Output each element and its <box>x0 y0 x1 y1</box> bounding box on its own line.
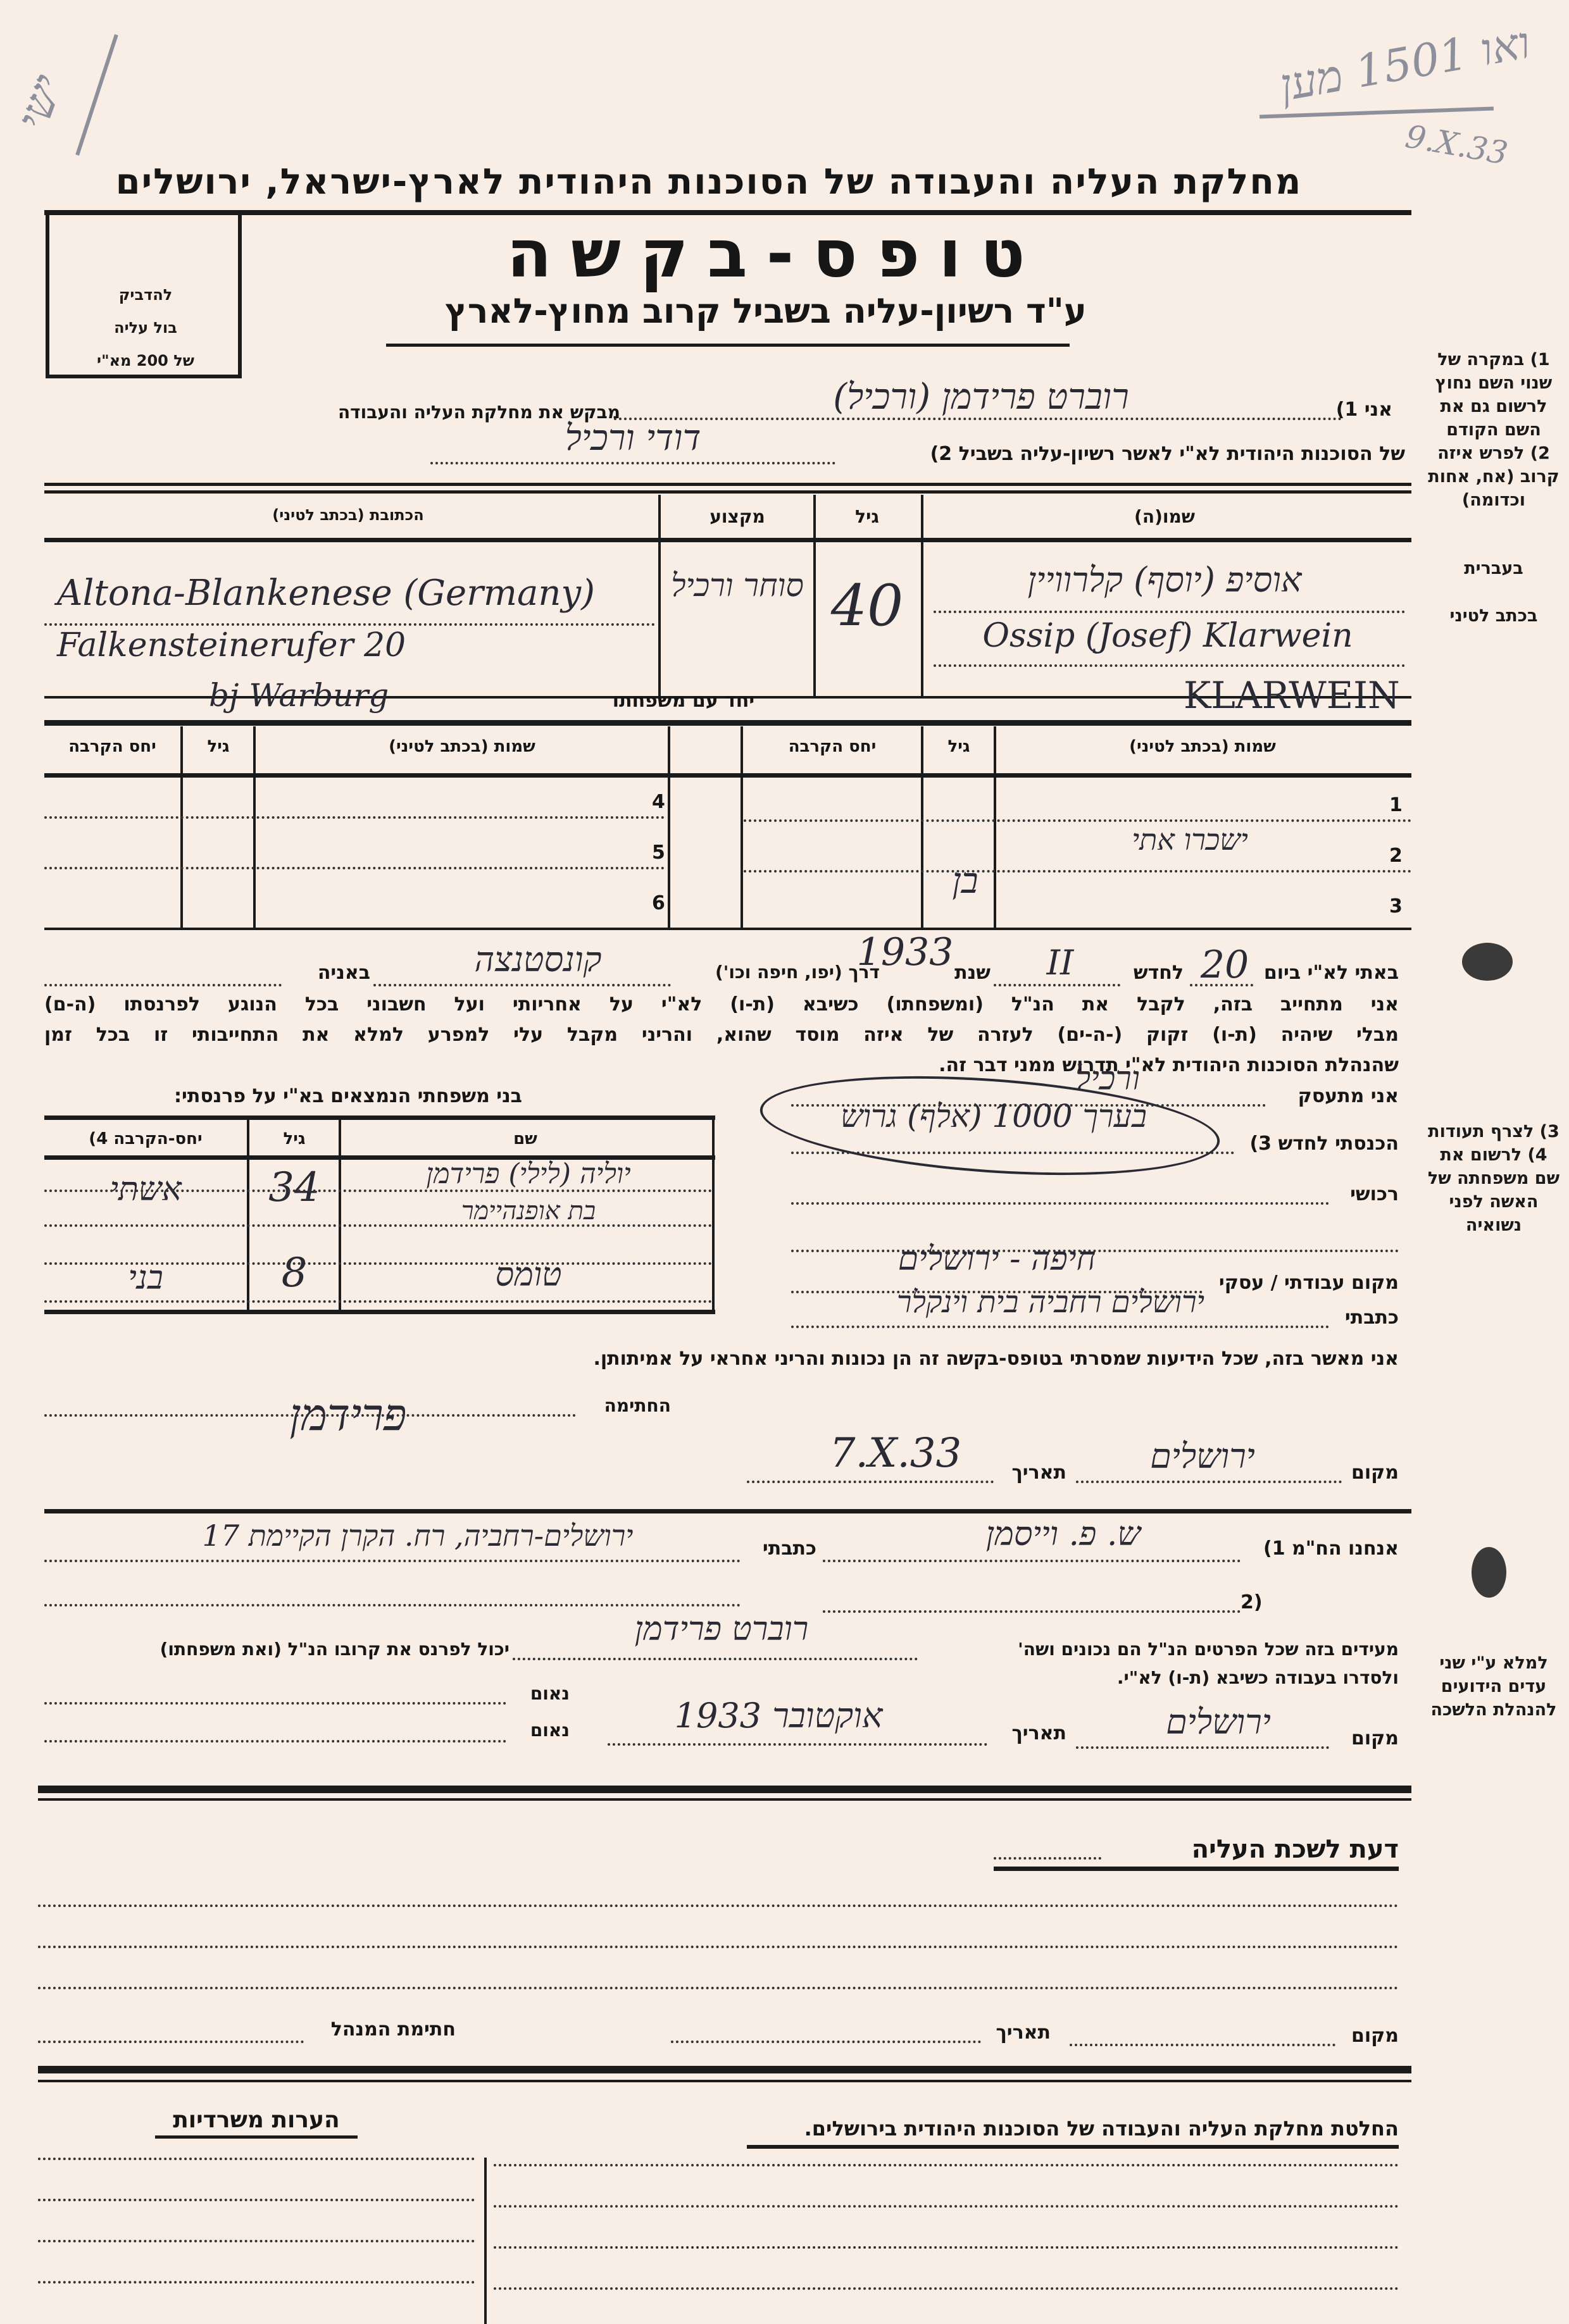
applicant-name-value: רוברט פרידמן (ורכיל) <box>665 376 1297 418</box>
witness-date: אוקטובר 1933 <box>608 1696 949 1736</box>
family-row-num: 4 <box>652 791 665 813</box>
label-neum-2: נאום <box>513 1720 570 1741</box>
table-col-divider <box>921 495 923 697</box>
office-label-signature: חתימת המנהל <box>304 2018 456 2041</box>
label-witnesses: אנחנו הח"מ 1) <box>1247 1538 1399 1560</box>
witness-statement-a: מעידים בזה שכל הפרטים הנ"ל הם נכונים ושה… <box>918 1639 1399 1660</box>
remarks-title: הערות משרדיות <box>152 2107 361 2133</box>
arrival-via: קונסטנצה <box>443 940 633 979</box>
label-neum-1: נאום <box>513 1683 570 1704</box>
relative-name-latin: Ossip (Josef) Klarwein <box>934 617 1402 655</box>
label-of-agency: של הסוכנות היהודית לא"י לאשר רשיון-עליה … <box>835 443 1405 465</box>
relative-name-hebrew: אוסיפ (יוסף) קלרוויין <box>930 560 1399 600</box>
family-table-bottom-rule <box>44 928 1411 930</box>
decision-line[interactable] <box>494 2287 1399 2290</box>
local-header-age: גיל <box>250 1129 339 1148</box>
label-occupation: אני מתעסק <box>1266 1085 1399 1107</box>
label-signature: החתימה <box>582 1395 671 1416</box>
family-header-age-right: גיל <box>924 737 994 756</box>
label-witness-date: תאריך <box>997 1722 1066 1744</box>
relative-address-2: Falkensteinerufer 20 <box>57 626 652 664</box>
witness-1-name: ש. פ. וייסמן <box>918 1515 1209 1553</box>
decision-divider <box>484 2158 487 2324</box>
relation-field[interactable] <box>430 462 835 464</box>
place-field[interactable] <box>1076 1481 1342 1483</box>
office-label-date: תאריך <box>981 2022 1051 2044</box>
margin-label-hebrew: בעברית <box>1424 557 1563 580</box>
commitment-line-3: שהנהלת הסוכנות היהודית לא"י תדרוש ממני ד… <box>570 1054 1399 1076</box>
local-row-2-relation: בני <box>51 1259 241 1297</box>
family-row-field[interactable] <box>44 816 665 819</box>
table-header-rule <box>44 538 1411 542</box>
remarks-line[interactable] <box>38 2158 475 2160</box>
relative-age: 40 <box>816 573 918 639</box>
margin-note-1: 1) במקרה שלשנוי השם נחוץלרשום גם אתהשם ה… <box>1424 348 1563 512</box>
label-place: מקום <box>1335 1462 1399 1484</box>
pencil-note-date: 9.X.33 <box>1403 118 1510 171</box>
office-line[interactable] <box>38 1987 1399 1989</box>
double-rule-bottom <box>44 490 1411 494</box>
punch-hole <box>1462 943 1513 981</box>
office-title-field[interactable] <box>994 1857 1101 1860</box>
family-col <box>253 726 256 929</box>
address-value: ירושלים רחביה בית וינקלר <box>772 1284 1329 1320</box>
witness-place-field[interactable] <box>1076 1746 1329 1749</box>
property-field[interactable] <box>791 1202 1329 1205</box>
decision-title-rule <box>747 2145 1399 2149</box>
relation-value: דודי ורכיל <box>443 418 823 459</box>
family-header-names-left: שמות (בכתב לטיני) <box>256 737 668 756</box>
local-family-title: בני משפחתי הנמצאים בא"י על פרנסתי: <box>95 1085 601 1107</box>
decision-line[interactable] <box>494 2164 1399 2166</box>
commitment-line-2: מבלי שיהיה (ת-ו) זקוק (-ה-ים) לעזרה של א… <box>44 1024 1399 1046</box>
arrival-via-field[interactable] <box>373 984 671 986</box>
family-row-num: 1 <box>1389 794 1403 816</box>
office-title: דעת לשכת העליה <box>1101 1835 1399 1864</box>
label-witness-address: כתבתי <box>747 1538 816 1560</box>
family-row-field[interactable] <box>44 867 665 869</box>
relative-address-field-1[interactable] <box>44 623 655 626</box>
local-family-col <box>247 1120 249 1310</box>
witness-statement-b: יכול לפרנס את קרובו הנ"ל (ואת משפחתו) <box>44 1639 509 1660</box>
family-col <box>668 726 670 929</box>
witness-date-field[interactable] <box>608 1743 987 1746</box>
relative-name-latin-field[interactable] <box>934 664 1405 667</box>
neum-1-field[interactable] <box>44 1702 506 1705</box>
header-rule <box>44 210 1411 215</box>
address-field[interactable] <box>791 1326 1329 1328</box>
witness-place: ירושלים <box>1108 1702 1329 1742</box>
office-date-field[interactable] <box>671 2041 981 2043</box>
pencil-note-top-right: ואו 1501 מען <box>1276 16 1534 112</box>
col-header-age: גיל <box>816 506 918 527</box>
family-header-rule <box>44 773 1411 778</box>
remarks-line[interactable] <box>38 2199 475 2201</box>
family-row-2-relation: בן <box>918 861 1013 902</box>
label-witness-place: מקום <box>1329 1727 1399 1749</box>
arrival-month-field[interactable] <box>994 984 1120 986</box>
arrival-month: II <box>1013 943 1108 983</box>
relative-address-1: Altona-Blankenese (Germany) <box>57 573 652 614</box>
family-table-top-rule <box>44 720 1411 726</box>
witness-statement-c: ולסדרו בעבודה כשיבא (ת-ו) לא"י. <box>949 1667 1399 1688</box>
label-came: באתי לא"י ביום <box>1260 962 1399 984</box>
col-header-address: הכתובת (בכתב לטיני) <box>44 506 652 524</box>
remarks-line[interactable] <box>38 2240 475 2242</box>
witness-1-field[interactable] <box>823 1560 1241 1562</box>
office-line[interactable] <box>38 1946 1399 1948</box>
family-row-num: 3 <box>1389 895 1403 917</box>
label-month: לחדש <box>1120 962 1184 984</box>
decision-line[interactable] <box>494 2205 1399 2208</box>
relative-address-3: bj Warburg <box>209 677 525 714</box>
office-title-rule <box>994 1867 1399 1871</box>
office-rule-thick <box>38 2066 1411 2073</box>
margin-label-latin: בכתב לטיני <box>1424 604 1563 628</box>
commitment-line-1: אני מתחייב בזה, לקבל את הנ"ל (ומשפחתו) כ… <box>44 993 1399 1016</box>
family-header-relation-left: יחס הקרבה <box>44 737 180 756</box>
ship-field[interactable] <box>44 984 282 986</box>
witness-2-address-field[interactable] <box>44 1604 741 1606</box>
family-header-relation-right: יחס הקרבה <box>744 737 921 756</box>
label-witness-2: 2) <box>1241 1591 1278 1613</box>
local-family-col <box>712 1120 715 1310</box>
label-date: תאריך <box>997 1462 1066 1484</box>
remarks-line[interactable] <box>38 2281 475 2284</box>
date-field[interactable] <box>747 1481 994 1483</box>
double-rule-top <box>44 483 1411 486</box>
col-header-occupation: מקצוע <box>661 506 813 527</box>
label-income: הכנסתי לחדש 3) <box>1234 1133 1399 1155</box>
pencil-slash <box>75 34 118 156</box>
margin-note-3-4: 3) לצרף תעודות 4) לרשום אתשם משפחתה שלהא… <box>1424 1120 1563 1237</box>
together-with-family: יחד עם משפחתו <box>525 690 842 712</box>
family-row-field[interactable] <box>744 819 1411 822</box>
named-person: רוברט פרידמן <box>544 1610 899 1648</box>
subtitle-rule <box>386 344 1070 347</box>
arrival-day: 20 <box>1190 943 1260 987</box>
witness-rule-thin <box>38 1798 1411 1801</box>
office-label-place: מקום <box>1335 2025 1399 2047</box>
family-header-age-left: גיל <box>184 737 253 756</box>
stamp-box-text: להדביק בול עליה של 200 מא"י <box>51 278 241 377</box>
family-col <box>741 726 743 929</box>
punch-hole <box>1472 1547 1506 1598</box>
named-person-field[interactable] <box>513 1658 918 1660</box>
family-row-num: 6 <box>652 892 665 914</box>
local-row-1-name: יוליה (לילי) פרידמן <box>348 1158 709 1190</box>
label-address: כתבתי <box>1329 1307 1399 1329</box>
decision-line[interactable] <box>494 2246 1399 2249</box>
office-signature-field[interactable] <box>38 2041 304 2043</box>
local-family-top-rule <box>44 1115 715 1120</box>
label-ship: באניה <box>285 962 370 984</box>
workplace-value: חיפה - ירושלים <box>791 1240 1203 1278</box>
family-row-2-name: ישכרו אתי <box>1038 823 1342 857</box>
decision-title: החלטת מחלקת העליה והעבודה של הסוכנות היה… <box>747 2116 1399 2141</box>
table-col-divider <box>813 495 816 697</box>
col-header-name: שמו(ה) <box>930 506 1399 527</box>
place-value: ירושלים <box>1076 1436 1329 1476</box>
local-row-1-age: 34 <box>250 1164 339 1211</box>
form-subtitle: ע"ד רשיון-עליה בשביל קרוב מחוץ-לארץ <box>354 291 1177 331</box>
office-line[interactable] <box>38 1905 1399 1907</box>
local-header-relation: יחס-הקרבה 4) <box>44 1129 247 1148</box>
local-row-field[interactable] <box>44 1190 712 1192</box>
witness-rule-thick <box>38 1786 1411 1793</box>
label-property: רכושי <box>1329 1183 1399 1205</box>
local-row-1-name2: בת אופנהיימר <box>348 1196 709 1226</box>
family-col <box>180 726 183 929</box>
local-family-col <box>339 1120 341 1310</box>
witness-margin-note: למלא ע"י שניעדים הידועיםלהנהלת הלשכה <box>1424 1651 1563 1722</box>
department-header: מחלקת העליה והעבודה של הסוכנות היהודית ל… <box>38 161 1380 202</box>
remarks-title-rule <box>155 2135 358 2139</box>
relative-name-hebrew-field[interactable] <box>934 611 1405 613</box>
local-header-name: שם <box>342 1129 709 1148</box>
declaration-text: אני מאשר בזה, שכל הידיעות שמסרתי בטופס-ב… <box>437 1348 1399 1370</box>
signature-value: פרידמן <box>190 1389 506 1441</box>
office-rule-thin <box>38 2080 1411 2082</box>
declaration-rule <box>44 1509 1411 1513</box>
family-header-names-right: שמות (בכתב לטיני) <box>997 737 1408 756</box>
neum-2-field[interactable] <box>44 1740 506 1743</box>
date-value: 7.X.33 <box>791 1430 1000 1477</box>
family-row-field[interactable] <box>744 870 1411 873</box>
form-title: טופס-בקשה <box>443 215 1108 292</box>
family-row-num: 2 <box>1389 845 1403 867</box>
pencil-note-top-left: ישי <box>6 68 74 137</box>
family-row-num: 5 <box>652 842 665 864</box>
table-col-divider <box>658 495 661 697</box>
label-via: דרך (יפו, חיפה וכו') <box>671 962 880 983</box>
local-row-2-name: טומס <box>348 1256 709 1294</box>
witness-1-address: ירושלים-רחביה, רח. הקרן הקיימת 17 <box>95 1519 741 1553</box>
local-family-bottom-rule <box>44 1310 715 1314</box>
relative-occupation: סוחר ורכיל <box>665 563 810 607</box>
local-row-field[interactable] <box>44 1300 712 1303</box>
witness-1-address-field[interactable] <box>44 1560 741 1562</box>
relative-name-caps: KLARWEIN <box>1184 674 1437 717</box>
local-row-2-age: 8 <box>250 1250 339 1296</box>
office-place-field[interactable] <box>1070 2044 1335 2046</box>
local-row-field[interactable] <box>44 1224 712 1227</box>
